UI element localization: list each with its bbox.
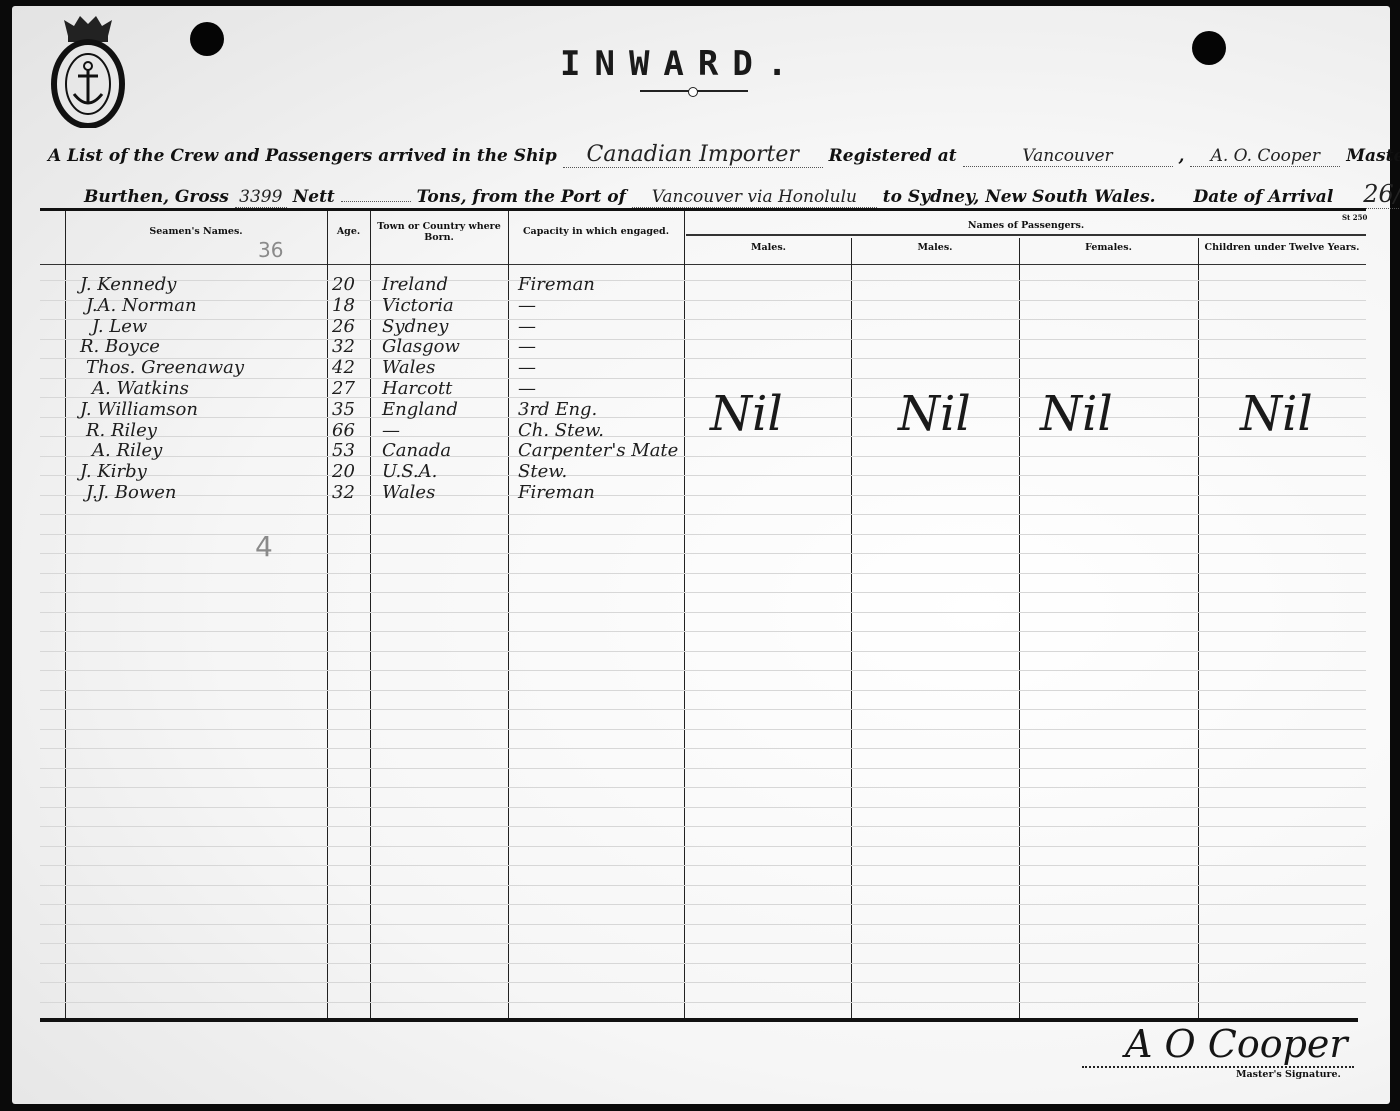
ruled-line bbox=[40, 904, 1366, 905]
ruled-line bbox=[40, 748, 1366, 749]
table-top-rule bbox=[40, 208, 1366, 211]
crew-capacity: — bbox=[518, 357, 536, 378]
column-divider bbox=[851, 238, 852, 1018]
ruled-line bbox=[40, 924, 1366, 925]
crew-age: 32 bbox=[332, 482, 355, 503]
tons-from-port-label: Tons, from the Port of bbox=[417, 187, 626, 207]
ruled-line bbox=[40, 670, 1366, 671]
header-males-2: Males. bbox=[851, 242, 1019, 253]
crew-name: R. Riley bbox=[86, 420, 157, 441]
crew-capacity: Stew. bbox=[518, 461, 567, 482]
punch-hole-left bbox=[190, 22, 224, 56]
port-from-field[interactable]: Vancouver via Honolulu bbox=[632, 187, 877, 208]
registered-label: Registered at bbox=[829, 146, 957, 166]
passenger-header-rule bbox=[686, 234, 1366, 236]
column-divider bbox=[1198, 238, 1199, 1018]
page-title: INWARD. bbox=[560, 44, 801, 84]
crew-birthplace: Glasgow bbox=[382, 336, 460, 357]
shipping-department-crest-icon bbox=[50, 12, 126, 128]
crew-passenger-table: Seamen's Names. 36 Age. Town or Country … bbox=[40, 208, 1366, 1018]
header-town-born: Town or Country where Born. bbox=[370, 221, 508, 243]
crew-birthplace: Sydney bbox=[382, 316, 448, 337]
ruled-line bbox=[40, 319, 1366, 320]
ruled-line bbox=[40, 631, 1366, 632]
ruled-line bbox=[40, 709, 1366, 710]
header-capacity: Capacity in which engaged. bbox=[508, 226, 684, 237]
title-ornament-rule bbox=[640, 90, 748, 92]
comma-separator: , bbox=[1178, 146, 1184, 166]
registered-at-field[interactable]: Vancouver bbox=[963, 146, 1173, 167]
arrival-date-field[interactable]: 26/2/ bbox=[1339, 180, 1400, 209]
crew-age: 18 bbox=[332, 295, 355, 316]
ruled-line bbox=[40, 280, 1366, 281]
crew-capacity: Carpenter's Mate bbox=[518, 440, 678, 461]
crew-name: A. Watkins bbox=[92, 378, 189, 399]
nett-label: Nett bbox=[293, 187, 335, 207]
ruled-line bbox=[40, 436, 1366, 437]
ruled-line bbox=[40, 300, 1366, 301]
crew-birthplace: Wales bbox=[382, 357, 435, 378]
ruled-line bbox=[40, 495, 1366, 496]
crew-name: R. Boyce bbox=[80, 336, 160, 357]
master-name-field[interactable]: A. O. Cooper bbox=[1190, 146, 1340, 167]
header-females: Females. bbox=[1019, 242, 1198, 253]
crew-birthplace: — bbox=[382, 420, 400, 441]
ruled-line bbox=[40, 1002, 1366, 1003]
crew-capacity: — bbox=[518, 336, 536, 357]
crew-name: J. Lew bbox=[92, 316, 147, 337]
crew-capacity: — bbox=[518, 316, 536, 337]
ruled-line bbox=[40, 456, 1366, 457]
crew-name: A. Riley bbox=[92, 440, 162, 461]
ruled-line bbox=[40, 885, 1366, 886]
crew-birthplace: Canada bbox=[382, 440, 451, 461]
header-children: Children under Twelve Years. bbox=[1198, 242, 1366, 253]
ruled-line bbox=[40, 553, 1366, 554]
column-divider bbox=[370, 211, 371, 1018]
crew-birthplace: U.S.A. bbox=[382, 461, 437, 482]
ruled-line bbox=[40, 768, 1366, 769]
margin-annotation: 4 bbox=[255, 530, 273, 563]
ruled-line bbox=[40, 339, 1366, 340]
ruled-line bbox=[40, 963, 1366, 964]
crew-name: J. Kirby bbox=[80, 461, 147, 482]
header-seamens-names: Seamen's Names. bbox=[65, 226, 327, 237]
crew-capacity: — bbox=[518, 295, 536, 316]
master-signature: A O Cooper bbox=[1125, 1022, 1348, 1066]
column-divider bbox=[508, 211, 509, 1018]
ruled-line bbox=[40, 514, 1366, 515]
column-divider bbox=[1019, 238, 1020, 1018]
crew-capacity: Fireman bbox=[518, 274, 595, 295]
ruled-line bbox=[40, 690, 1366, 691]
crew-age: 20 bbox=[332, 461, 355, 482]
header-bottom-rule bbox=[40, 264, 1366, 265]
ruled-line bbox=[40, 651, 1366, 652]
crew-capacity: Ch. Stew. bbox=[518, 420, 604, 441]
ruled-line bbox=[40, 417, 1366, 418]
crew-age: 42 bbox=[332, 357, 355, 378]
ruled-line bbox=[40, 612, 1366, 613]
crew-age: 53 bbox=[332, 440, 355, 461]
crew-birthplace: Wales bbox=[382, 482, 435, 503]
crew-count-annotation: 36 bbox=[258, 238, 283, 262]
signature-line bbox=[1082, 1066, 1354, 1068]
passengers-children-nil: Nil bbox=[1240, 386, 1313, 442]
ruled-line bbox=[40, 534, 1366, 535]
crew-name: J.A. Norman bbox=[86, 295, 197, 316]
passengers-females-nil: Nil bbox=[1040, 386, 1113, 442]
column-divider bbox=[684, 211, 685, 1018]
crew-name: J. Williamson bbox=[80, 399, 198, 420]
crew-capacity: Fireman bbox=[518, 482, 595, 503]
header-age: Age. bbox=[327, 226, 370, 237]
crew-birthplace: Ireland bbox=[382, 274, 448, 295]
gross-tons-field[interactable]: 3399 bbox=[235, 187, 287, 208]
list-prefix-label: A List of the Crew and Passengers arrive… bbox=[48, 146, 557, 166]
arrival-date-label: Date of Arrival bbox=[1193, 187, 1333, 207]
crew-birthplace: Harcott bbox=[382, 378, 452, 399]
master-label: Master, bbox=[1346, 146, 1400, 166]
crew-age: 27 bbox=[332, 378, 355, 399]
crew-age: 35 bbox=[332, 399, 355, 420]
crew-age: 32 bbox=[332, 336, 355, 357]
crew-name: J.J. Bowen bbox=[86, 482, 177, 503]
ruled-line bbox=[40, 807, 1366, 808]
ruled-line bbox=[40, 846, 1366, 847]
crew-name: Thos. Greenaway bbox=[86, 357, 244, 378]
header-males-1: Males. bbox=[686, 242, 851, 253]
ship-info-line: A List of the Crew and Passengers arrive… bbox=[48, 142, 1400, 168]
ruled-line bbox=[40, 475, 1366, 476]
ruled-line bbox=[40, 787, 1366, 788]
ruled-line bbox=[40, 865, 1366, 866]
crew-age: 20 bbox=[332, 274, 355, 295]
crew-capacity: — bbox=[518, 378, 536, 399]
to-sydney-label: to Sydney, New South Wales. bbox=[883, 187, 1156, 207]
punch-hole-right bbox=[1192, 31, 1226, 65]
ruled-line bbox=[40, 982, 1366, 983]
ruled-line bbox=[40, 397, 1366, 398]
column-divider bbox=[327, 211, 328, 1018]
crew-capacity: 3rd Eng. bbox=[518, 399, 597, 420]
header-names-of-passengers: Names of Passengers. bbox=[686, 220, 1366, 231]
crew-name: J. Kennedy bbox=[80, 274, 176, 295]
crew-birthplace: England bbox=[382, 399, 458, 420]
passengers-males-1-nil: Nil bbox=[710, 386, 783, 442]
ship-name-field[interactable]: Canadian Importer bbox=[563, 142, 823, 168]
signature-label: Master's Signature. bbox=[1236, 1069, 1341, 1080]
nett-tons-field[interactable] bbox=[341, 201, 411, 202]
crew-birthplace: Victoria bbox=[382, 295, 454, 316]
voyage-info-line: Burthen, Gross 3399 Nett Tons, from the … bbox=[84, 180, 1400, 209]
burthen-gross-label: Burthen, Gross bbox=[84, 187, 229, 207]
column-divider bbox=[65, 211, 66, 1018]
crew-age: 26 bbox=[332, 316, 355, 337]
ruled-line bbox=[40, 943, 1366, 944]
ruled-line bbox=[40, 592, 1366, 593]
ruled-line bbox=[40, 573, 1366, 574]
ruled-line bbox=[40, 826, 1366, 827]
passengers-males-2-nil: Nil bbox=[898, 386, 971, 442]
crew-age: 66 bbox=[332, 420, 355, 441]
ruled-line bbox=[40, 729, 1366, 730]
